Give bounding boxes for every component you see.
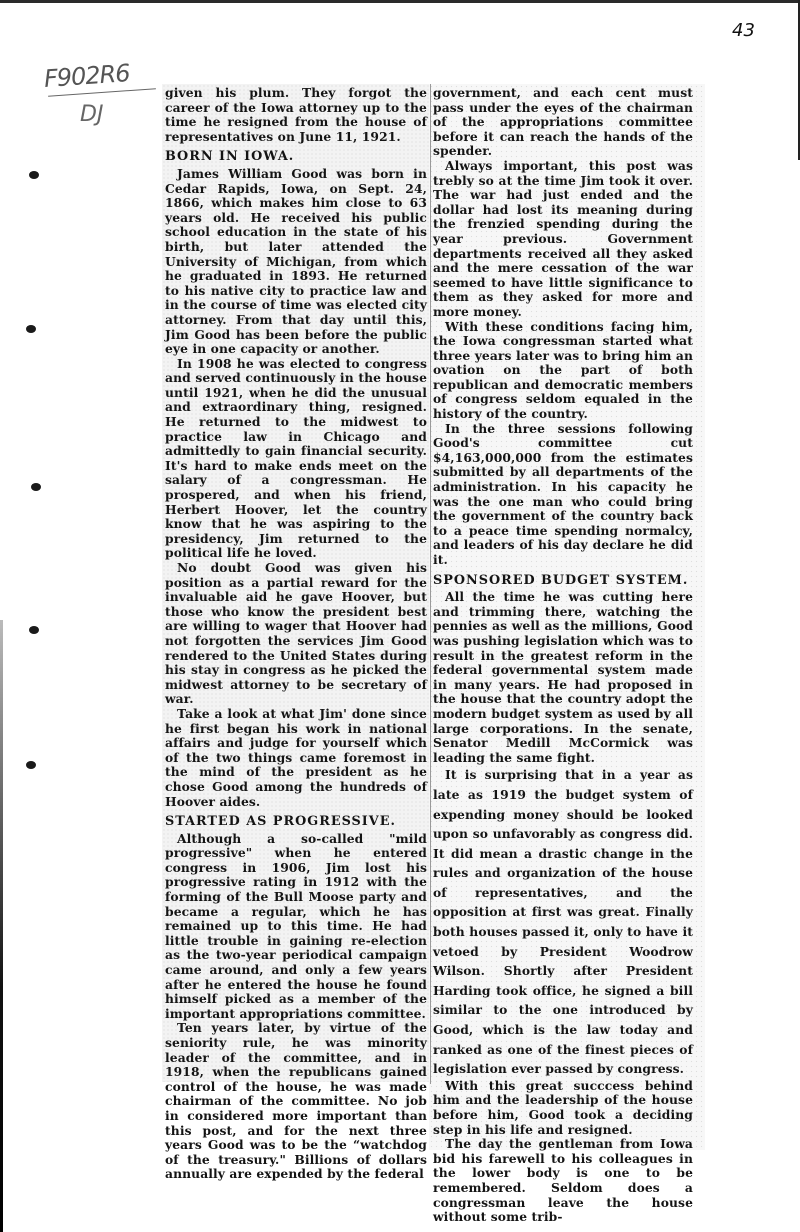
article-section-loose: It is surprising that in a year as late … [433, 765, 693, 1079]
article-column-right: government, and each cent must pass unde… [433, 86, 693, 1225]
article-paragraph: All the time he was cutting here and tri… [433, 590, 693, 765]
handwritten-page-number: 43 [732, 20, 755, 41]
article-paragraph: The day the gentleman from Iowa bid his … [433, 1137, 693, 1225]
article-paragraph: Always important, this post was trebly s… [433, 159, 693, 320]
article-paragraph: With this great succcess behind him and … [433, 1079, 693, 1137]
article-paragraph: government, and each cent must pass unde… [433, 86, 693, 159]
article-paragraph: With these conditions facing him, the Io… [433, 320, 693, 422]
article-paragraph: Ten years later, by virtue of the senior… [165, 1021, 427, 1182]
article-paragraph: No doubt Good was given his position as … [165, 561, 427, 707]
section-heading: BORN IN IOWA. [165, 150, 427, 165]
section-heading: STARTED AS PROGRESSIVE. [165, 815, 427, 830]
column-divider [430, 84, 431, 1084]
article-paragraph: Take a look at what Jim' done since he f… [165, 707, 427, 809]
article-paragraph: In the three sessions following Good's c… [433, 422, 693, 568]
handwritten-initials: DJ [80, 102, 103, 127]
punch-hole-icon [31, 483, 41, 491]
article-column-left: given his plum. They forgot the career o… [165, 86, 427, 1182]
article-paragraph: James William Good was born in Cedar Rap… [165, 167, 427, 357]
article-paragraph: It is surprising that in a year as late … [433, 765, 693, 1079]
article-paragraph: given his plum. They forgot the career o… [165, 86, 427, 144]
scan-left-edge [0, 620, 3, 1232]
handwritten-catalog-code: F902R6 [43, 59, 130, 93]
scan-top-edge [0, 0, 800, 3]
section-heading: SPONSORED BUDGET SYSTEM. [433, 574, 693, 589]
punch-hole-icon [26, 761, 36, 769]
punch-hole-icon [26, 325, 36, 333]
article-paragraph: In 1908 he was elected to congress and s… [165, 357, 427, 561]
punch-hole-icon [29, 626, 39, 634]
punch-hole-icon [29, 171, 39, 179]
article-paragraph: Although a so-called "mild progressive" … [165, 832, 427, 1022]
